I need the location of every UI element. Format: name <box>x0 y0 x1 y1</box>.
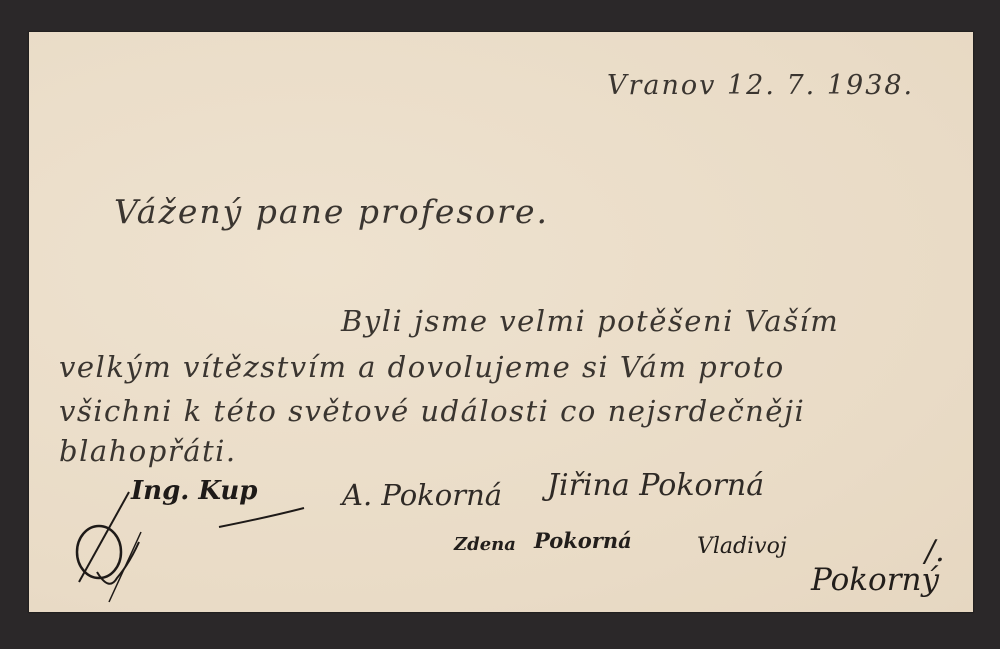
body-line-4: blahopřáti. <box>59 434 237 468</box>
signature-a-pokorna: A. Pokorná <box>342 478 502 512</box>
signature-pokorny: Pokorný <box>811 562 939 598</box>
signature-zdena: Zdena <box>454 534 516 555</box>
body-line-3: všichni k této světové události co nejsr… <box>59 394 805 428</box>
signature-slash-mark: /. <box>925 534 945 569</box>
salutation: Vážený pane profesore. <box>114 192 549 231</box>
body-line-1: Byli jsme velmi potěšeni Vaším <box>341 304 839 338</box>
body-line-2: velkým vítězstvím a dovolujeme si Vám pr… <box>59 350 785 384</box>
dateline: Vranov 12. 7. 1938. <box>607 70 914 101</box>
signature-ing-text: Ing. Kup <box>131 476 257 506</box>
signature-vladivoj: Vladivoj <box>697 534 787 559</box>
signature-jirina-pokorna: Jiřina Pokorná <box>547 468 764 503</box>
signature-zdena-pokorna: Pokorná <box>534 528 632 553</box>
signature-ing: Ing. Kup <box>69 472 309 612</box>
letter-card: Vranov 12. 7. 1938. Vážený pane profesor… <box>29 32 973 612</box>
